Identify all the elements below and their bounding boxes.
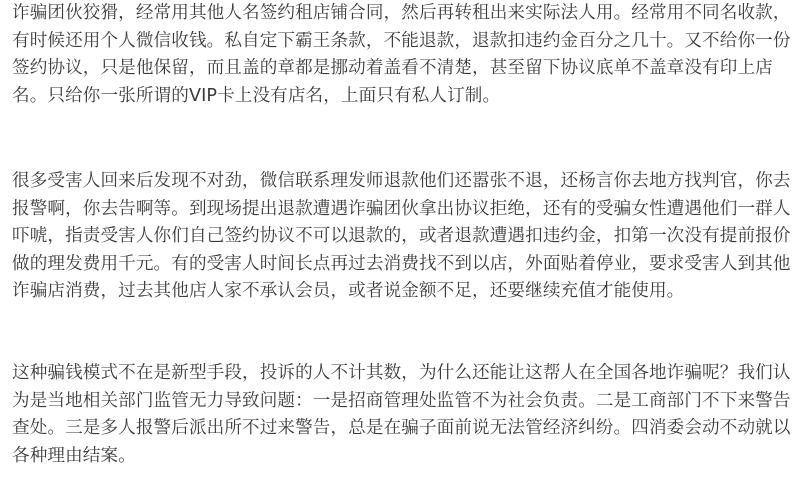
paragraph-line: 这种骗钱模式不在是新型手段，投诉的人不计其数，为什么还能让这帮人在全国各地诈骗呢… bbox=[12, 360, 791, 388]
paragraph-line: 名。只给你一张所谓的VIP卡上没有店名，上面只有私人订制。 bbox=[12, 83, 791, 111]
paragraph-line: 各种理由结案。 bbox=[12, 443, 791, 471]
paragraph-line: 为是当地相关部门监管无力导致问题：一是招商管理处监管不为社会负责。二是工商部门不… bbox=[12, 388, 791, 416]
paragraph-line: 诈骗店消费，过去其他店人家不承认会员，或者说金额不足，还要继续充值才能使用。 bbox=[12, 278, 791, 306]
paragraph-fraud-tactics: 诈骗团伙狡猾，经常用其他人名签约租店铺合同，然后再转租出来实际法人用。经常用不同… bbox=[12, 0, 791, 110]
paragraph-line: 报警啊，你去告啊等。到现场提出退款遭遇诈骗团伙拿出协议拒绝，还有的受骗女性遭遇他… bbox=[12, 196, 791, 224]
paragraph-line: 很多受害人回来后发现不对劲，微信联系理发师退款他们还嚣张不退，还杨言你去地方找判… bbox=[12, 168, 791, 196]
paragraph-line: 查处。三是多人报警后派出所不过来警告，总是在骗子面前说无法管经济纠纷。四消委会动… bbox=[12, 415, 791, 443]
paragraph-line: 有时候还用个人微信收钱。私自定下霸王条款，不能退款，退款扣违约金百分之几十。又不… bbox=[12, 28, 791, 56]
paragraph-regulatory-failure: 这种骗钱模式不在是新型手段，投诉的人不计其数，为什么还能让这帮人在全国各地诈骗呢… bbox=[12, 360, 791, 470]
paragraph-line: 诈骗团伙狡猾，经常用其他人名签约租店铺合同，然后再转租出来实际法人用。经常用不同… bbox=[12, 0, 791, 28]
paragraph-line: 吓唬，指责受害人你们自己签约协议不可以退款的，或者退款遭遇扣违约金，扣第一次没有… bbox=[12, 223, 791, 251]
paragraph-line: 签约协议，只是他保留，而且盖的章都是挪动着盖看不清楚，甚至留下协议底单不盖章没有… bbox=[12, 55, 791, 83]
paragraph-victim-experience: 很多受害人回来后发现不对劲，微信联系理发师退款他们还嚣张不退，还杨言你去地方找判… bbox=[12, 168, 791, 306]
paragraph-line: 做的理发费用千元。有的受害人时间长点再过去消费找不到以店，外面贴着停业，要求受害… bbox=[12, 251, 791, 279]
